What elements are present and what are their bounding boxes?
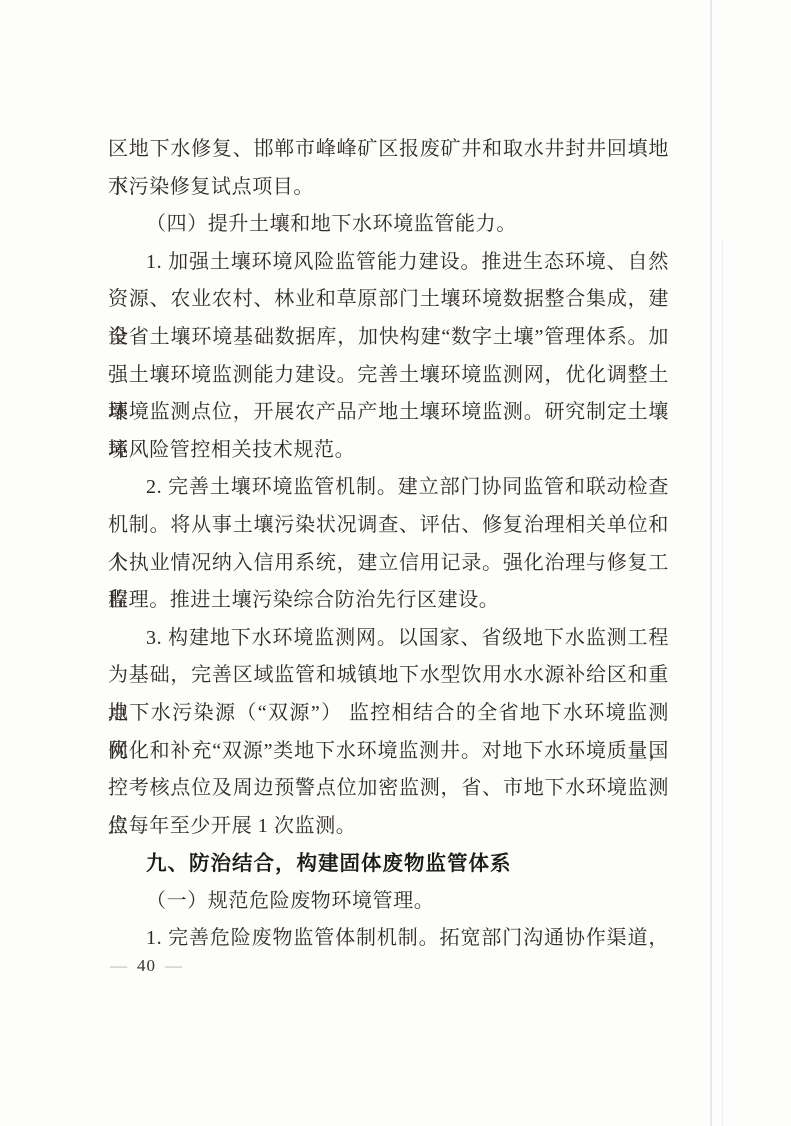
page-number-value: 40 — [137, 956, 156, 975]
page-edge-scan-line — [710, 0, 712, 1126]
text-line: 环境监测点位，开展农产品产地土壤环境监测。研究制定土壤环 — [108, 394, 669, 432]
text-line: 控考核点位及周边预警点位加密监测，省、市地下水环境监测点 — [108, 770, 669, 808]
text-line: 人执业情况纳入信用系统，建立信用记录。强化治理与修复工程 — [108, 545, 669, 583]
text-line: 2. 完善土壤环境监管机制。建立部门协同监管和联动检查 — [108, 469, 669, 507]
page-number: —40— — [110, 955, 183, 977]
document-page: 区地下水修复、邯郸市峰峰矿区报废矿井和取水井封井回填地下 水污染修复试点项目。 … — [0, 0, 791, 1126]
text-line: 资源、农业农村、林业和草原部门土壤环境数据整合集成，建设 — [108, 281, 669, 319]
text-line: 全省土壤环境基础数据库，加快构建“数字土壤”管理体系。加 — [108, 319, 669, 357]
text-line: 监理。推进土壤污染综合防治先行区建设。 — [108, 582, 669, 620]
text-line: 境风险管控相关技术规范。 — [108, 432, 669, 470]
page-edge-scan-line-secondary — [722, 240, 723, 1126]
section-heading: 九、防治结合，构建固体废物监管体系 — [108, 845, 669, 883]
text-line: 3. 构建地下水环境监测网。以国家、省级地下水监测工程 — [108, 620, 669, 658]
document-text-block: 区地下水修复、邯郸市峰峰矿区报废矿井和取水井封井回填地下 水污染修复试点项目。 … — [108, 131, 669, 958]
text-line: 位每年至少开展 1 次监测。 — [108, 808, 669, 846]
subsection-heading: （四）提升土壤和地下水环境监管能力。 — [108, 206, 669, 244]
text-line: 优化和补充“双源”类地下水环境监测井。对地下水环境质量国 — [108, 733, 669, 771]
text-line: 为基础，完善区域监管和城镇地下水型饮用水水源补给区和重点 — [108, 657, 669, 695]
text-line: 区地下水修复、邯郸市峰峰矿区报废矿井和取水井封井回填地下 — [108, 131, 669, 169]
subsection-heading: （一）规范危险废物环境管理。 — [108, 883, 669, 921]
text-line: 机制。将从事土壤污染状况调查、评估、修复治理相关单位和个 — [108, 507, 669, 545]
page-number-dash-left: — — [110, 956, 128, 975]
page-number-dash-right: — — [165, 956, 183, 975]
text-line: 1. 加强土壤环境风险监管能力建设。推进生态环境、自然 — [108, 244, 669, 282]
text-line: 地下水污染源（“双源”） 监控相结合的全省地下水环境监测网， — [108, 695, 669, 733]
text-line: 强土壤环境监测能力建设。完善土壤环境监测网，优化调整土壤 — [108, 357, 669, 395]
text-line: 1. 完善危险废物监管体制机制。拓宽部门沟通协作渠道， — [108, 920, 669, 958]
text-line: 水污染修复试点项目。 — [108, 169, 669, 207]
